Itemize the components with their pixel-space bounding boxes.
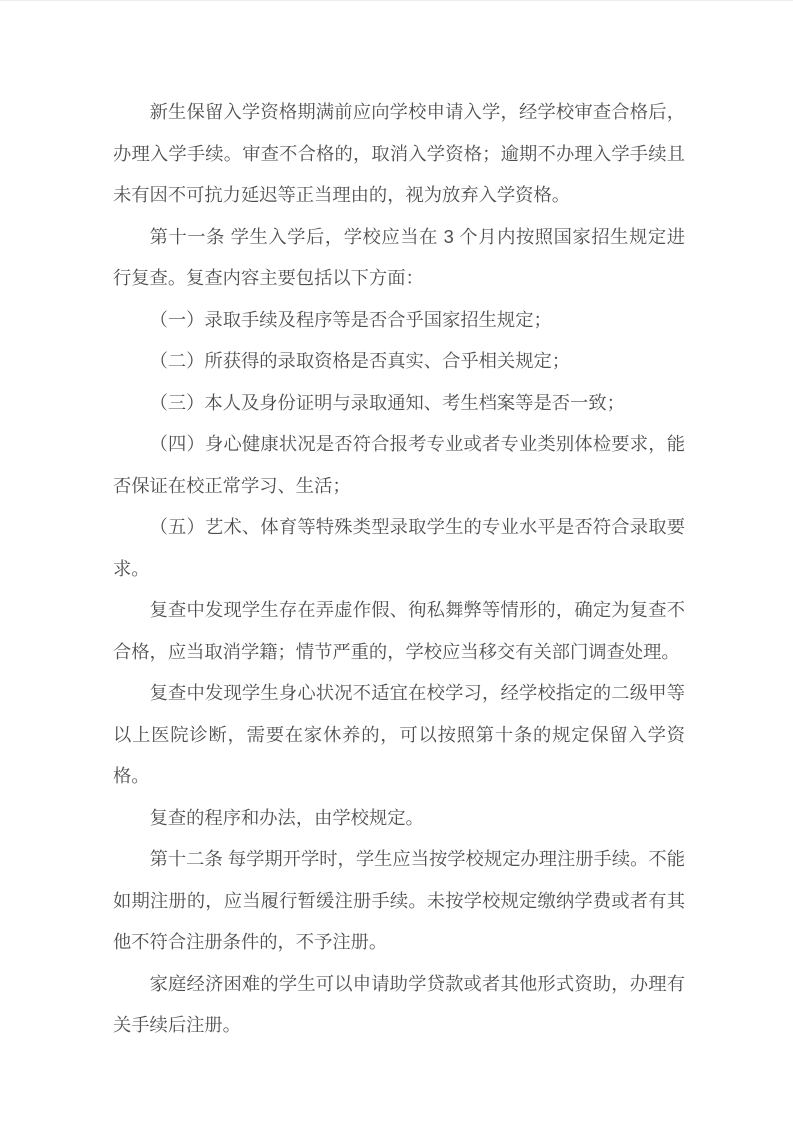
paragraph-item-2: （二）所获得的录取资格是否真实、合乎相关规定； [113,340,685,382]
paragraph-recheck-procedure: 复查的程序和办法，由学校规定。 [113,797,685,839]
paragraph-article-12: 第十二条 每学期开学时，学生应当按学校规定办理注册手续。不能如期注册的，应当履行… [113,838,685,963]
paragraph-item-4: （四）身心健康状况是否符合报考专业或者专业类别体检要求，能否保证在校正常学习、生… [113,423,685,506]
paragraph-item-3: （三）本人及身份证明与录取通知、考生档案等是否一致； [113,382,685,424]
paragraph-item-5: （五）艺术、体育等特殊类型录取学生的专业水平是否符合录取要求。 [113,506,685,589]
document-body: 新生保留入学资格期满前应向学校申请入学，经学校审查合格后，办理入学手续。审查不合… [0,1,793,1046]
paragraph-retain-admission: 新生保留入学资格期满前应向学校申请入学，经学校审查合格后，办理入学手续。审查不合… [113,91,685,216]
paragraph-recheck-fraud: 复查中发现学生存在弄虚作假、徇私舞弊等情形的，确定为复查不合格，应当取消学籍；情… [113,589,685,672]
paragraph-financial-aid: 家庭经济困难的学生可以申请助学贷款或者其他形式资助，办理有关手续后注册。 [113,963,685,1046]
paragraph-item-1: （一）录取手续及程序等是否合乎国家招生规定； [113,299,685,341]
document-page: 新生保留入学资格期满前应向学校申请入学，经学校审查合格后，办理入学手续。审查不合… [0,1,793,1122]
paragraph-article-11: 第十一条 学生入学后，学校应当在 3 个月内按照国家招生规定进行复查。复查内容主… [113,216,685,299]
paragraph-recheck-health: 复查中发现学生身心状况不适宜在校学习，经学校指定的二级甲等以上医院诊断，需要在家… [113,672,685,797]
